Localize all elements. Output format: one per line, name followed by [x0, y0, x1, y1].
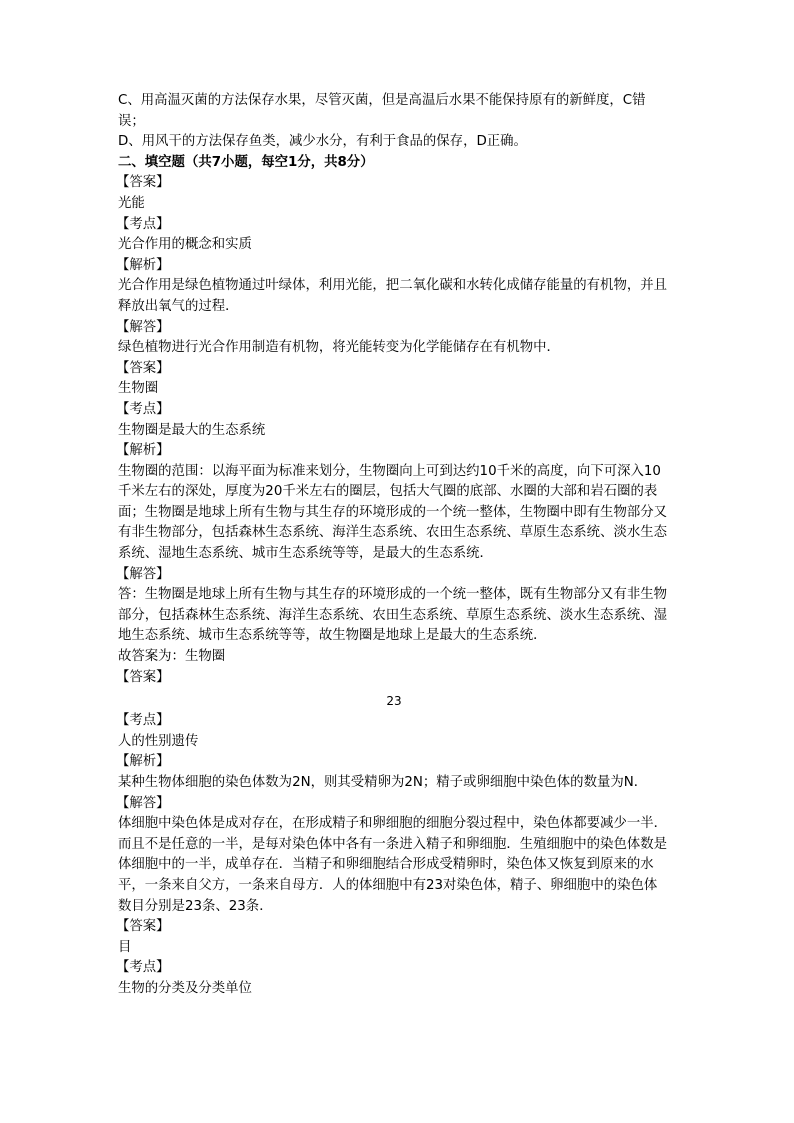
q3-keypoint-label: 【考点】 [116, 711, 670, 732]
q1-analysis-label: 【解析】 [116, 256, 670, 277]
q1-keypoint: 光合作用的概念和实质 [118, 235, 670, 256]
q4-keypoint-label: 【考点】 [116, 958, 670, 979]
q2-conclusion: 故答案为：生物圈 [118, 647, 670, 668]
q4-keypoint: 生物的分类及分类单位 [118, 979, 670, 1000]
q4-answer: 目 [118, 938, 670, 959]
q1-answer: 光能 [118, 194, 670, 215]
q2-keypoint-label: 【考点】 [116, 400, 670, 421]
q2-analysis: 生物圈的范围：以海平面为标准来划分，生物圈向上可到达约10千米的高度，向下可深入… [118, 462, 670, 565]
option-c-text: C、用高温灭菌的方法保存水果，尽管灭菌，但是高温后水果不能保持原有的新鲜度，C错… [118, 91, 670, 132]
q2-solution: 答：生物圈是地球上所有生物与其生存的环境形成的一个统一整体，既有生物部分又有非生… [118, 585, 670, 647]
q2-answer-label: 【答案】 [116, 359, 670, 380]
section-heading: 二、填空题（共7小题，每空1分，共8分） [118, 153, 670, 174]
q2-analysis-label: 【解析】 [116, 441, 670, 462]
q1-analysis: 光合作用是绿色植物通过叶绿体，利用光能，把二氧化碳和水转化成储存能量的有机物，并… [118, 276, 670, 317]
q1-solution-label: 【解答】 [116, 318, 670, 339]
q3-solution: 体细胞中染色体是成对存在，在形成精子和卵细胞的细胞分裂过程中，染色体都要减少一半… [118, 814, 670, 917]
q3-answer-value: 23 [118, 691, 670, 711]
q2-solution-label: 【解答】 [116, 565, 670, 586]
q1-keypoint-label: 【考点】 [116, 215, 670, 236]
q2-answer: 生物圈 [118, 379, 670, 400]
document-page: C、用高温灭菌的方法保存水果，尽管灭菌，但是高温后水果不能保持原有的新鲜度，C错… [118, 91, 670, 1000]
q3-answer-label: 【答案】 [116, 668, 670, 689]
q1-solution: 绿色植物进行光合作用制造有机物，将光能转变为化学能储存在有机物中． [118, 338, 670, 359]
q3-analysis-label: 【解析】 [116, 752, 670, 773]
q4-answer-label: 【答案】 [116, 917, 670, 938]
q3-analysis: 某种生物体细胞的染色体数为2N，则其受精卵为2N；精子或卵细胞中染色体的数量为N… [118, 773, 670, 794]
q2-keypoint: 生物圈是最大的生态系统 [118, 421, 670, 442]
q3-keypoint: 人的性别遗传 [118, 732, 670, 753]
q3-solution-label: 【解答】 [116, 794, 670, 815]
option-d-text: D、用风干的方法保存鱼类，减少水分，有利于食品的保存，D正确。 [118, 132, 670, 153]
q1-answer-label: 【答案】 [116, 173, 670, 194]
